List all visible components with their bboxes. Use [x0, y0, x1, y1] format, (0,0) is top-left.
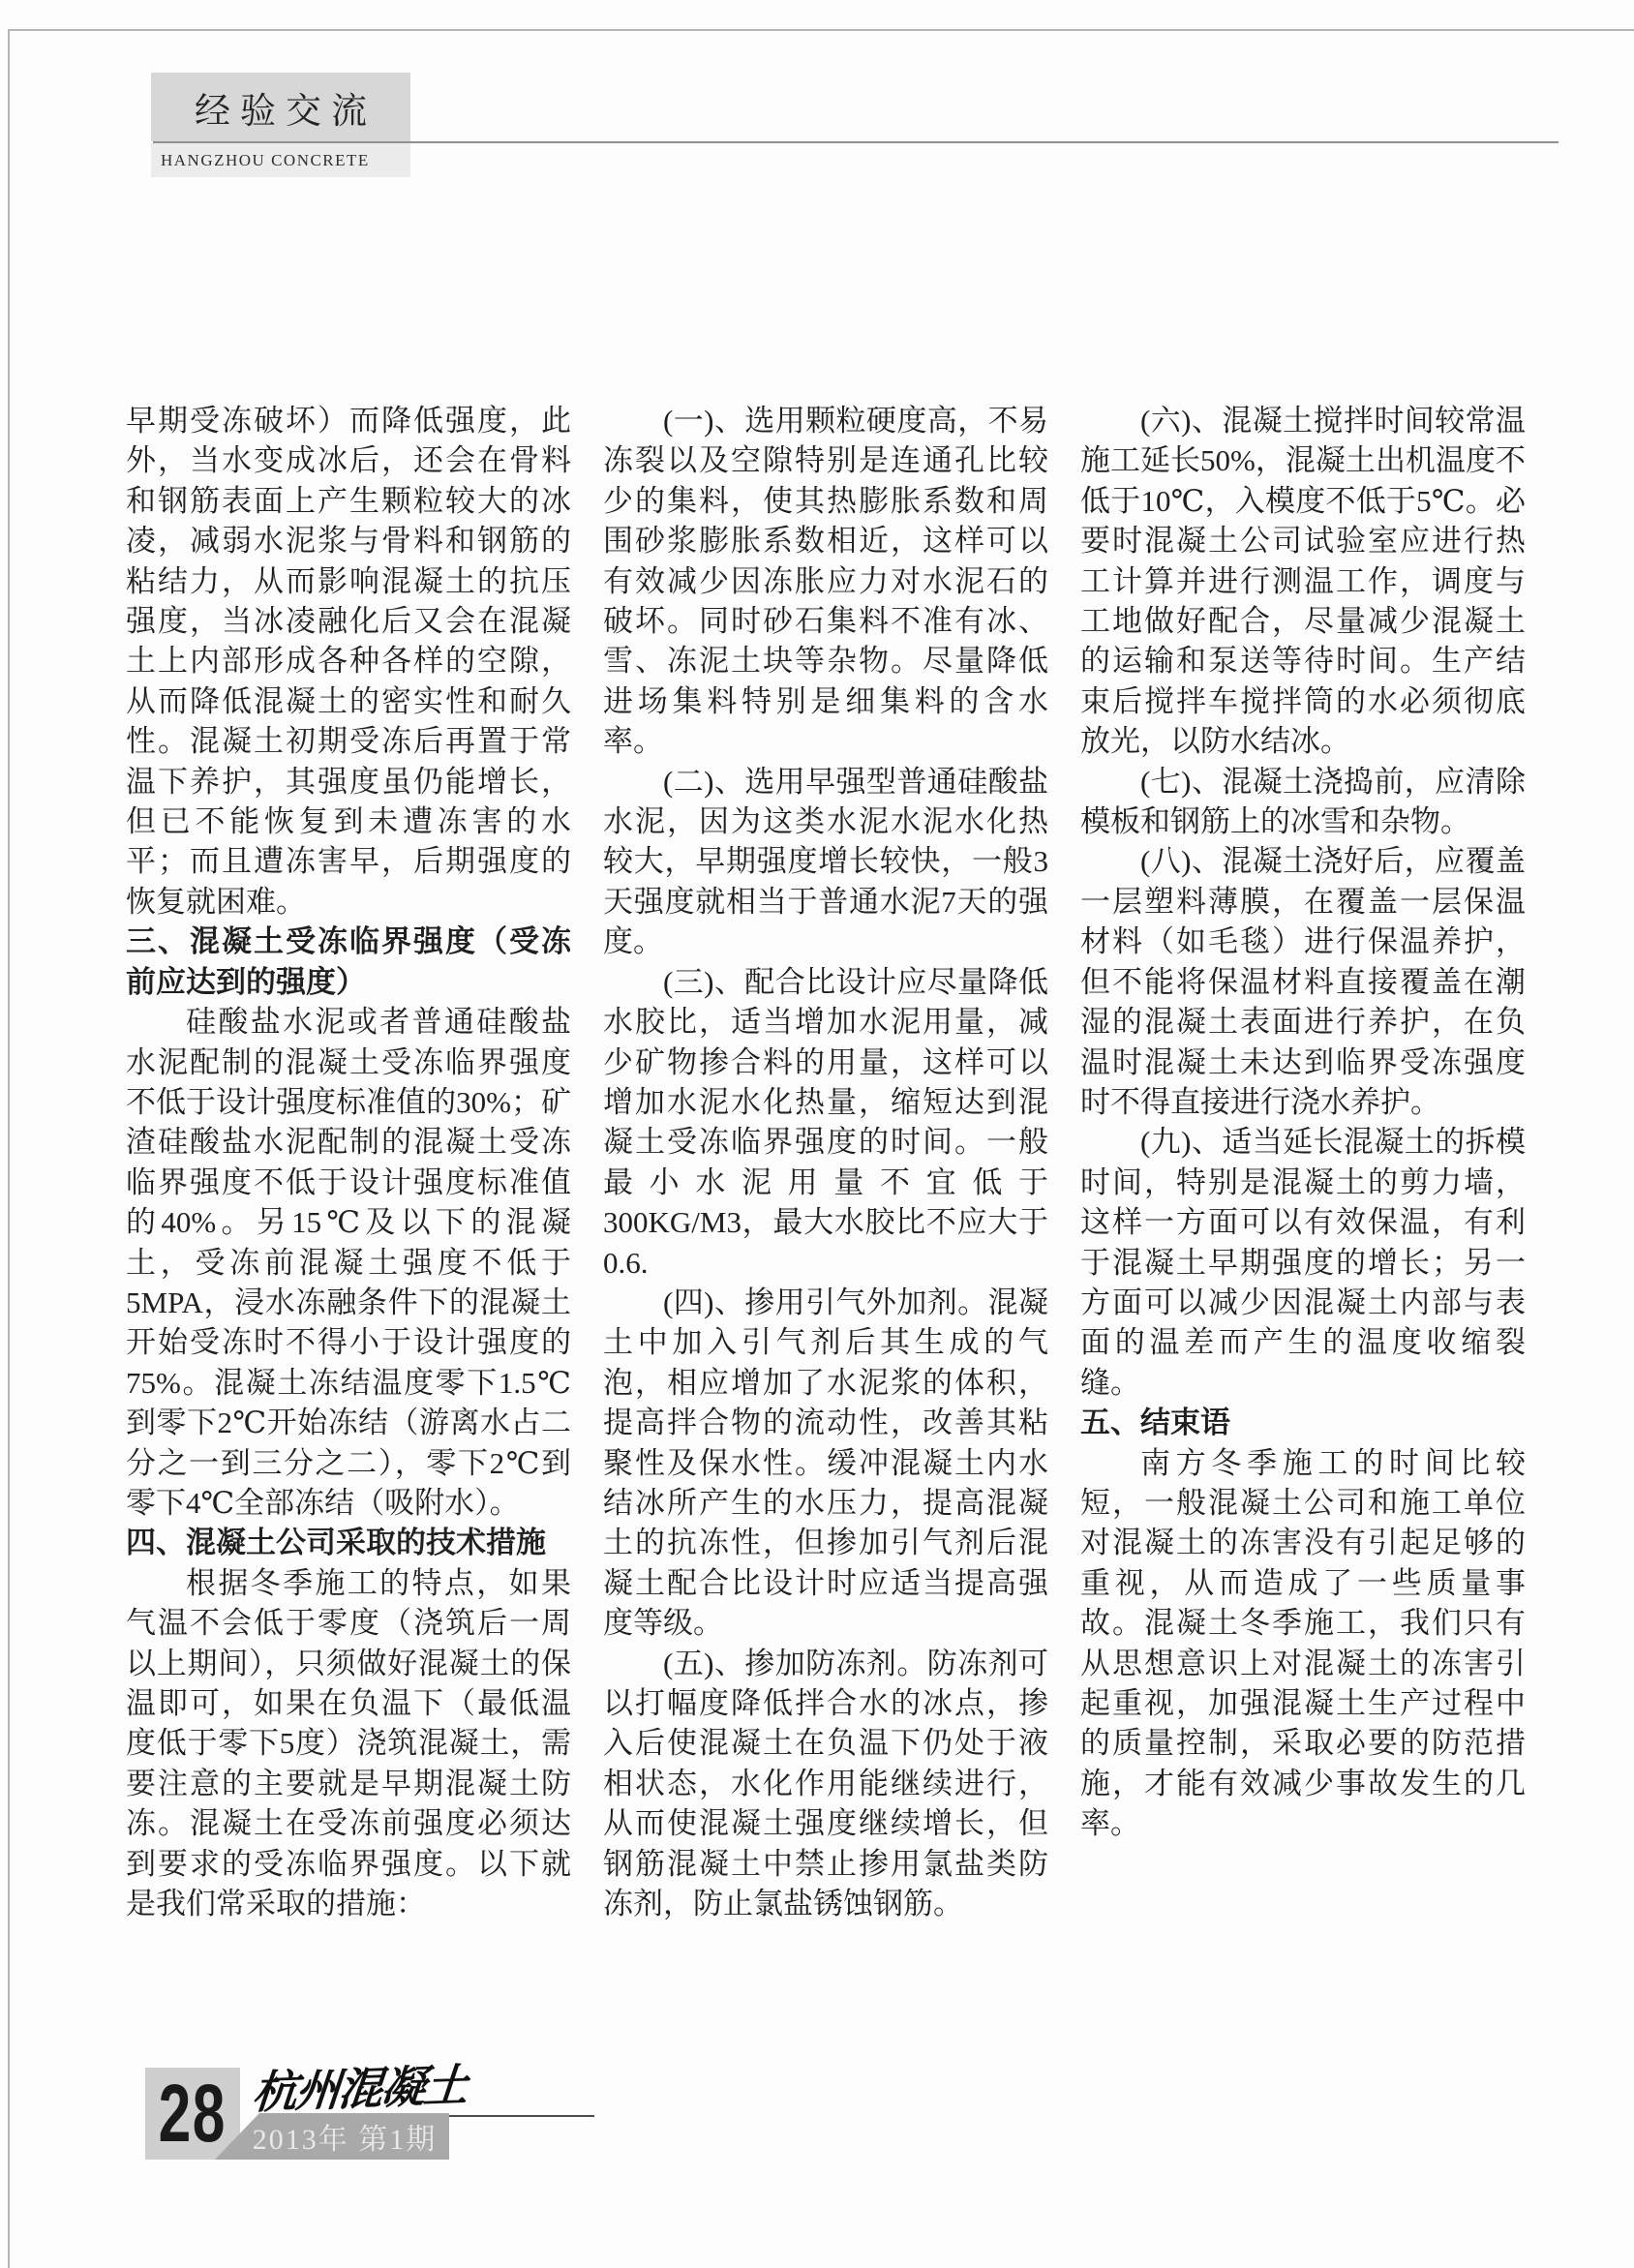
- page-number: 28: [159, 2067, 227, 2161]
- paragraph: (九)、适当延长混凝土的拆模时间，特别是混凝土的剪力墙，这样一方面可以有效保温，…: [1080, 1122, 1526, 1403]
- paragraph: 根据冬季施工的特点，如果气温不会低于零度（浇筑后一周以上期间），只须做好混凝土的…: [126, 1563, 571, 1924]
- article-body: 早期受冻破坏）而降低强度，此外，当水变成冰后，还会在骨料和钢筋表面上产生颗粒较大…: [126, 401, 1526, 1923]
- paragraph: 早期受冻破坏）而降低强度，此外，当水变成冰后，还会在骨料和钢筋表面上产生颗粒较大…: [126, 401, 571, 922]
- paragraph: (四)、掺用引气外加剂。混凝土中加入引气剂后其生成的气泡，相应增加了水泥浆的体积…: [603, 1283, 1048, 1644]
- page-border-left: [8, 29, 10, 2268]
- paragraph: 南方冬季施工的时间比较短，一般混凝土公司和施工单位对混凝土的冻害没有引起足够的重…: [1080, 1443, 1526, 1844]
- section-label-box: 经验交流: [151, 73, 410, 141]
- scanned-journal-page: 经验交流 HANGZHOU CONCRETE 早期受冻破坏）而降低强度，此外，当…: [0, 0, 1634, 2268]
- issue-label: 2013年 第1期: [253, 2115, 438, 2158]
- footer-rule: [449, 2115, 594, 2117]
- paragraph: (二)、选用早强型普通硅酸盐水泥，因为这类水泥水泥水化热较大，早期强度增长较快，…: [603, 762, 1048, 962]
- paragraph: (六)、混凝土搅拌时间较常温施工延长50%，混凝土出机温度不低于10℃，入模度不…: [1080, 401, 1526, 762]
- paragraph: (七)、混凝土浇捣前，应清除模板和钢筋上的冰雪和杂物。: [1080, 762, 1526, 842]
- paragraph: (一)、选用颗粒硬度高，不易冻裂以及空隙特别是连通孔比较少的集料，使其热膨胀系数…: [603, 401, 1048, 762]
- section-heading: 五、结束语: [1080, 1403, 1526, 1442]
- paragraph: (五)、掺加防冻剂。防冻剂可以打幅度降低拌合水的冰点，掺入后使混凝土在负温下仍处…: [603, 1644, 1048, 1924]
- page-number-box: 28: [145, 2068, 240, 2160]
- section-heading: 四、混凝土公司采取的技术措施: [126, 1523, 571, 1562]
- text-column-2: (一)、选用颗粒硬度高，不易冻裂以及空隙特别是连通孔比较少的集料，使其热膨胀系数…: [603, 401, 1048, 1923]
- text-column-3: (六)、混凝土搅拌时间较常温施工延长50%，混凝土出机温度不低于10℃，入模度不…: [1080, 401, 1526, 1923]
- journal-logo: 杭州混凝土: [251, 2050, 460, 2115]
- journal-name-en: HANGZHOU CONCRETE: [161, 151, 370, 170]
- paragraph: 硅酸盐水泥或者普通硅酸盐水泥配制的混凝土受冻临界强度不低于设计强度标准值的30%…: [126, 1002, 571, 1523]
- journal-name-strip: HANGZHOU CONCRETE: [151, 143, 410, 177]
- issue-band: 2013年 第1期: [215, 2113, 449, 2160]
- paragraph: (三)、配合比设计应尽量降低水胶比，适当增加水泥用量，减少矿物掺合料的用量，这样…: [603, 962, 1048, 1283]
- section-heading: 三、混凝土受冻临界强度（受冻前应达到的强度）: [126, 922, 571, 1002]
- section-label: 经验交流: [185, 81, 377, 134]
- paragraph: (八)、混凝土浇好后，应覆盖一层塑料薄膜，在覆盖一层保温材料（如毛毯）进行保温养…: [1080, 841, 1526, 1122]
- page-border-top: [8, 29, 1634, 31]
- text-column-1: 早期受冻破坏）而降低强度，此外，当水变成冰后，还会在骨料和钢筋表面上产生颗粒较大…: [126, 401, 571, 1923]
